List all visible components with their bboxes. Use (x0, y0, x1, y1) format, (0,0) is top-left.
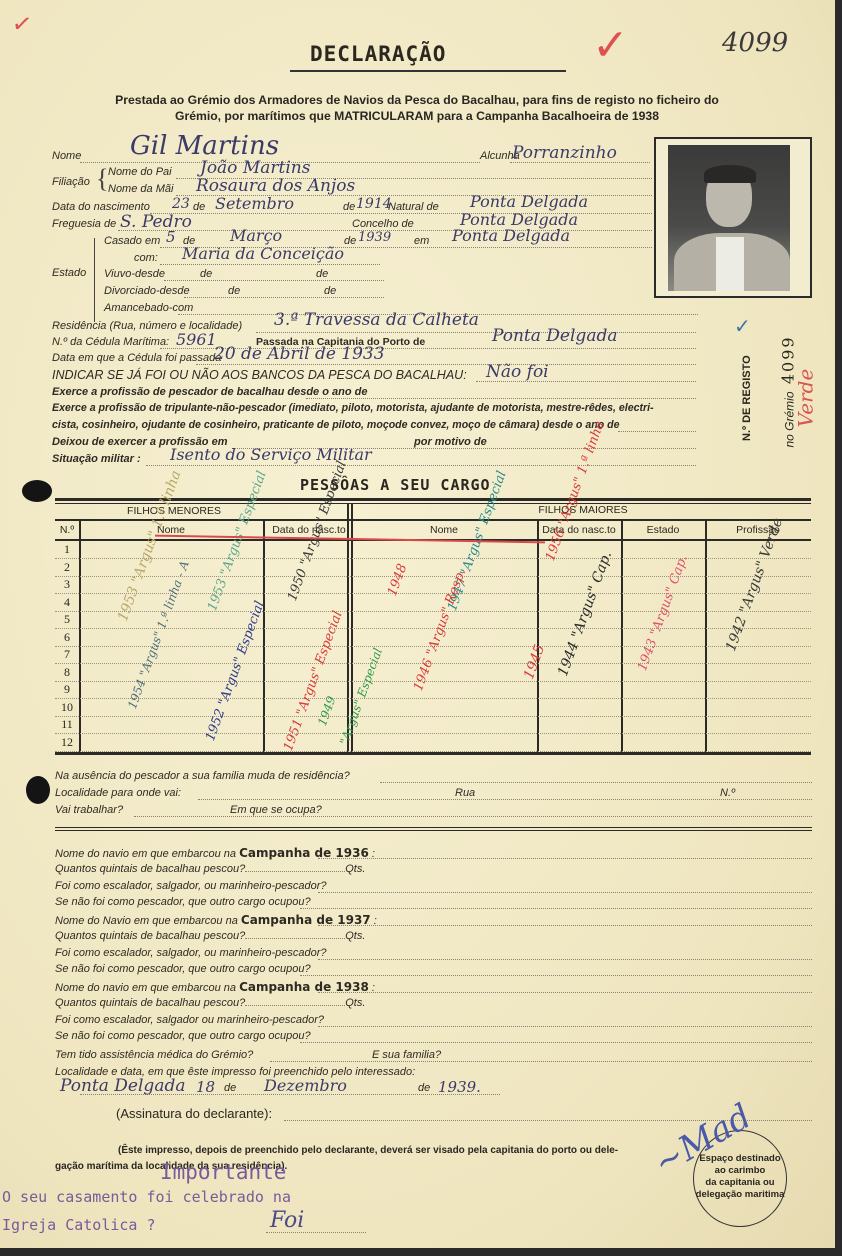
amancebado-label: Amancebado-com (104, 302, 193, 314)
ink-blot (26, 776, 50, 804)
row-number: 3 (55, 577, 79, 592)
com-label: com: (134, 252, 158, 264)
local-value: Ponta Delgada (60, 1076, 185, 1096)
nome-value: Gil Martins (130, 131, 279, 161)
pai-value: João Martins (200, 158, 310, 178)
col-nome-maiores: Nome (351, 524, 537, 536)
foi-label: Foi como escalador, salgador, ou marinhe… (55, 947, 326, 959)
de-label: de (324, 285, 336, 297)
stamp-line-1: O seu casamento foi celebrado na (2, 1188, 291, 1206)
quintais-label: Quantos quintais de bacalhau pescou?Qts. (55, 930, 365, 942)
check-mark-icon: ✓ (592, 20, 629, 71)
col-numero: N.º (55, 524, 79, 536)
residencia-value: 3.ª Travessa da Calheta (274, 310, 479, 330)
rua-label: Rua (455, 787, 475, 799)
cedula-value: 5961 (176, 330, 217, 349)
row-number: 8 (55, 665, 79, 680)
bancos-label: INDICAR SE JÁ FOI OU NÃO AOS BANCOS DA P… (52, 368, 467, 382)
ausencia-label: Na ausência do pescador a sua familia mu… (55, 770, 350, 782)
de-label: de (200, 268, 212, 280)
data-cedula-label: Data em que a Cédula foi passada (52, 352, 221, 364)
estado-label: Estado (52, 267, 86, 279)
viuvo-label: Viuvo-desde (104, 268, 165, 280)
natural-label: Natural de (388, 201, 439, 213)
dia-value: 18 (196, 1078, 215, 1096)
carimbo-line: da capitania ou (694, 1177, 786, 1189)
nascimento-ano: 1914 (356, 196, 392, 212)
mae-label: Nome da Mãi (108, 183, 173, 195)
handwritten-annotation: 1942 "Argus" Verde (723, 516, 786, 653)
verde-annotation: Verde (793, 369, 817, 428)
outro-cargo-label: Se não foi como pescador, que outro carg… (55, 896, 311, 908)
com-value: Maria da Conceição (182, 244, 344, 263)
quintais-label: Quantos quintais de bacalhau pescou?Qts. (55, 997, 365, 1009)
pai-label: Nome do Pai (108, 166, 172, 178)
bancos-value: Não foi (486, 362, 549, 382)
de-label: de (228, 285, 240, 297)
ano-value: 1939. (438, 1078, 481, 1096)
quintais-label: Quantos quintais de bacalhau pescou?Qts. (55, 863, 365, 875)
nascimento-dia: 23 (172, 196, 190, 212)
row-number: 12 (55, 735, 79, 750)
stamp-line-2: Igreja Catolica ? (2, 1216, 156, 1234)
casado-mes: Março (230, 226, 282, 245)
handwritten-annotation: 1945 (521, 643, 548, 682)
alcunha-value: Porranzinho (512, 143, 617, 163)
ocupa-label: Em que se ocupa? (230, 804, 322, 816)
mae-value: Rosaura dos Anjos (196, 176, 355, 196)
handwritten-annotation: "Argus" Especial (337, 646, 385, 747)
handwritten-annotation: 1952 "Argus" Especial (203, 599, 268, 743)
handwritten-annotation: 1949 (315, 694, 339, 727)
cedula-label: N.º da Cédula Marítima: (52, 336, 169, 348)
data-cedula-value: 20 de Abril de 1933 (214, 344, 385, 364)
tripulante-label-2: cista, cosinheiro, ojudante de cosinheir… (52, 419, 620, 431)
registo-label: N.º DE REGISTO (741, 311, 753, 441)
casado-ano: 1939 (358, 230, 391, 245)
row-number: 6 (55, 630, 79, 645)
portrait-photo (668, 145, 790, 291)
nome-label: Nome (52, 150, 81, 162)
row-number: 4 (55, 595, 79, 610)
photo-frame (654, 137, 812, 298)
intro-line-1: Prestada ao Grémio dos Armadores de Navi… (52, 92, 782, 108)
filiacao-label: Filiação (52, 176, 90, 188)
de-label: de (316, 268, 328, 280)
stamp-answer: Foi (270, 1208, 304, 1233)
nascimento-mes: Setembro (215, 194, 294, 213)
row-number: 1 (55, 542, 79, 557)
registo-box: ✓ N.º DE REGISTO no Grémio 4099 Verde (722, 300, 822, 465)
mes-value: Dezembro (264, 1076, 347, 1095)
familia-assistencia-label: E sua familia? (372, 1049, 441, 1061)
casado-label: Casado em (104, 235, 160, 247)
document-title: DECLARAÇÃO (310, 42, 446, 66)
handwritten-number: 4099 (722, 28, 788, 58)
freguesia-value: S. Pedro (120, 212, 192, 232)
de-label: de (418, 1082, 430, 1094)
col-data-maiores: Data do nasc.to (537, 524, 621, 536)
outro-cargo-label: Se não foi como pescador, que outro carg… (55, 1030, 311, 1042)
concelho-label: Concelho de (352, 218, 414, 230)
row-number: 9 (55, 682, 79, 697)
page-edge-bottom (0, 1248, 842, 1256)
col-estado: Estado (621, 524, 705, 536)
natural-value: Ponta Delgada (470, 192, 588, 211)
tripulante-label-1: Exerce a profissão de tripulante-não-pes… (52, 402, 654, 414)
handwritten-annotation: 1943 "Argus" Cap. (635, 553, 691, 673)
divorciado-label: Divorciado-desde (104, 285, 190, 297)
trabalhar-label: Vai trabalhar? (55, 804, 123, 816)
handwritten-annotation: 1946 "Argus" Resp. (411, 567, 469, 693)
casado-local: Ponta Delgada (452, 226, 570, 245)
handwritten-annotation: 1944 "Argus" Cap. (555, 549, 615, 678)
foi-label: Foi como escalador, salgador ou marinhei… (55, 1014, 324, 1026)
de-label: de (224, 1082, 236, 1094)
nota-line-1: (Êste impresso, depois de preenchido pel… (118, 1145, 618, 1156)
title-underline (290, 70, 566, 72)
de-label: de (344, 235, 356, 247)
intro-text: Prestada ao Grémio dos Armadores de Navi… (52, 92, 782, 124)
row-number: 5 (55, 612, 79, 627)
intro-line-2: Grémio, por marítimos que MATRICULARAM p… (52, 108, 782, 124)
carimbo-line: delegação maritima (694, 1189, 786, 1201)
em-label: em (414, 235, 429, 247)
militar-label: Situação militar : (52, 453, 141, 465)
freguesia-label: Freguesia de (52, 218, 116, 230)
numero-label: N.º (720, 787, 735, 799)
dependents-table: FILHOS MENORES FILHOS MAIORES N.º Nome D… (55, 498, 811, 754)
capitania-value: Ponta Delgada (492, 326, 617, 346)
row-number: 10 (55, 700, 79, 715)
outro-cargo-label: Se não foi como pescador, que outro carg… (55, 963, 311, 975)
pescador-label: Exerce a profissão de pescador de bacalh… (52, 386, 367, 398)
assinatura-label: (Assinatura do declarante): (116, 1106, 272, 1121)
row-number: 2 (55, 560, 79, 575)
check-mark-icon: ✓ (10, 9, 34, 41)
ink-blot (22, 480, 52, 502)
col-profissao: Profissão (705, 524, 811, 536)
carimbo-line: ao carimbo (694, 1165, 786, 1177)
de-label: de (343, 201, 355, 213)
localidade-label: Localidade para onde vai: (55, 787, 181, 799)
casado-dia: 5 (166, 228, 176, 246)
filhos-maiores-header: FILHOS MAIORES (355, 504, 811, 516)
foi-label: Foi como escalador, salgador, ou marinhe… (55, 880, 326, 892)
page-edge (835, 0, 842, 1256)
de-label: de (193, 201, 205, 213)
stamp-importante: Importante (160, 1160, 286, 1184)
motivo-label: por motivo de (414, 436, 487, 448)
row-number: 7 (55, 647, 79, 662)
row-number: 11 (55, 717, 79, 732)
assistencia-label: Tem tido assistência médica do Grémio? (55, 1049, 253, 1061)
